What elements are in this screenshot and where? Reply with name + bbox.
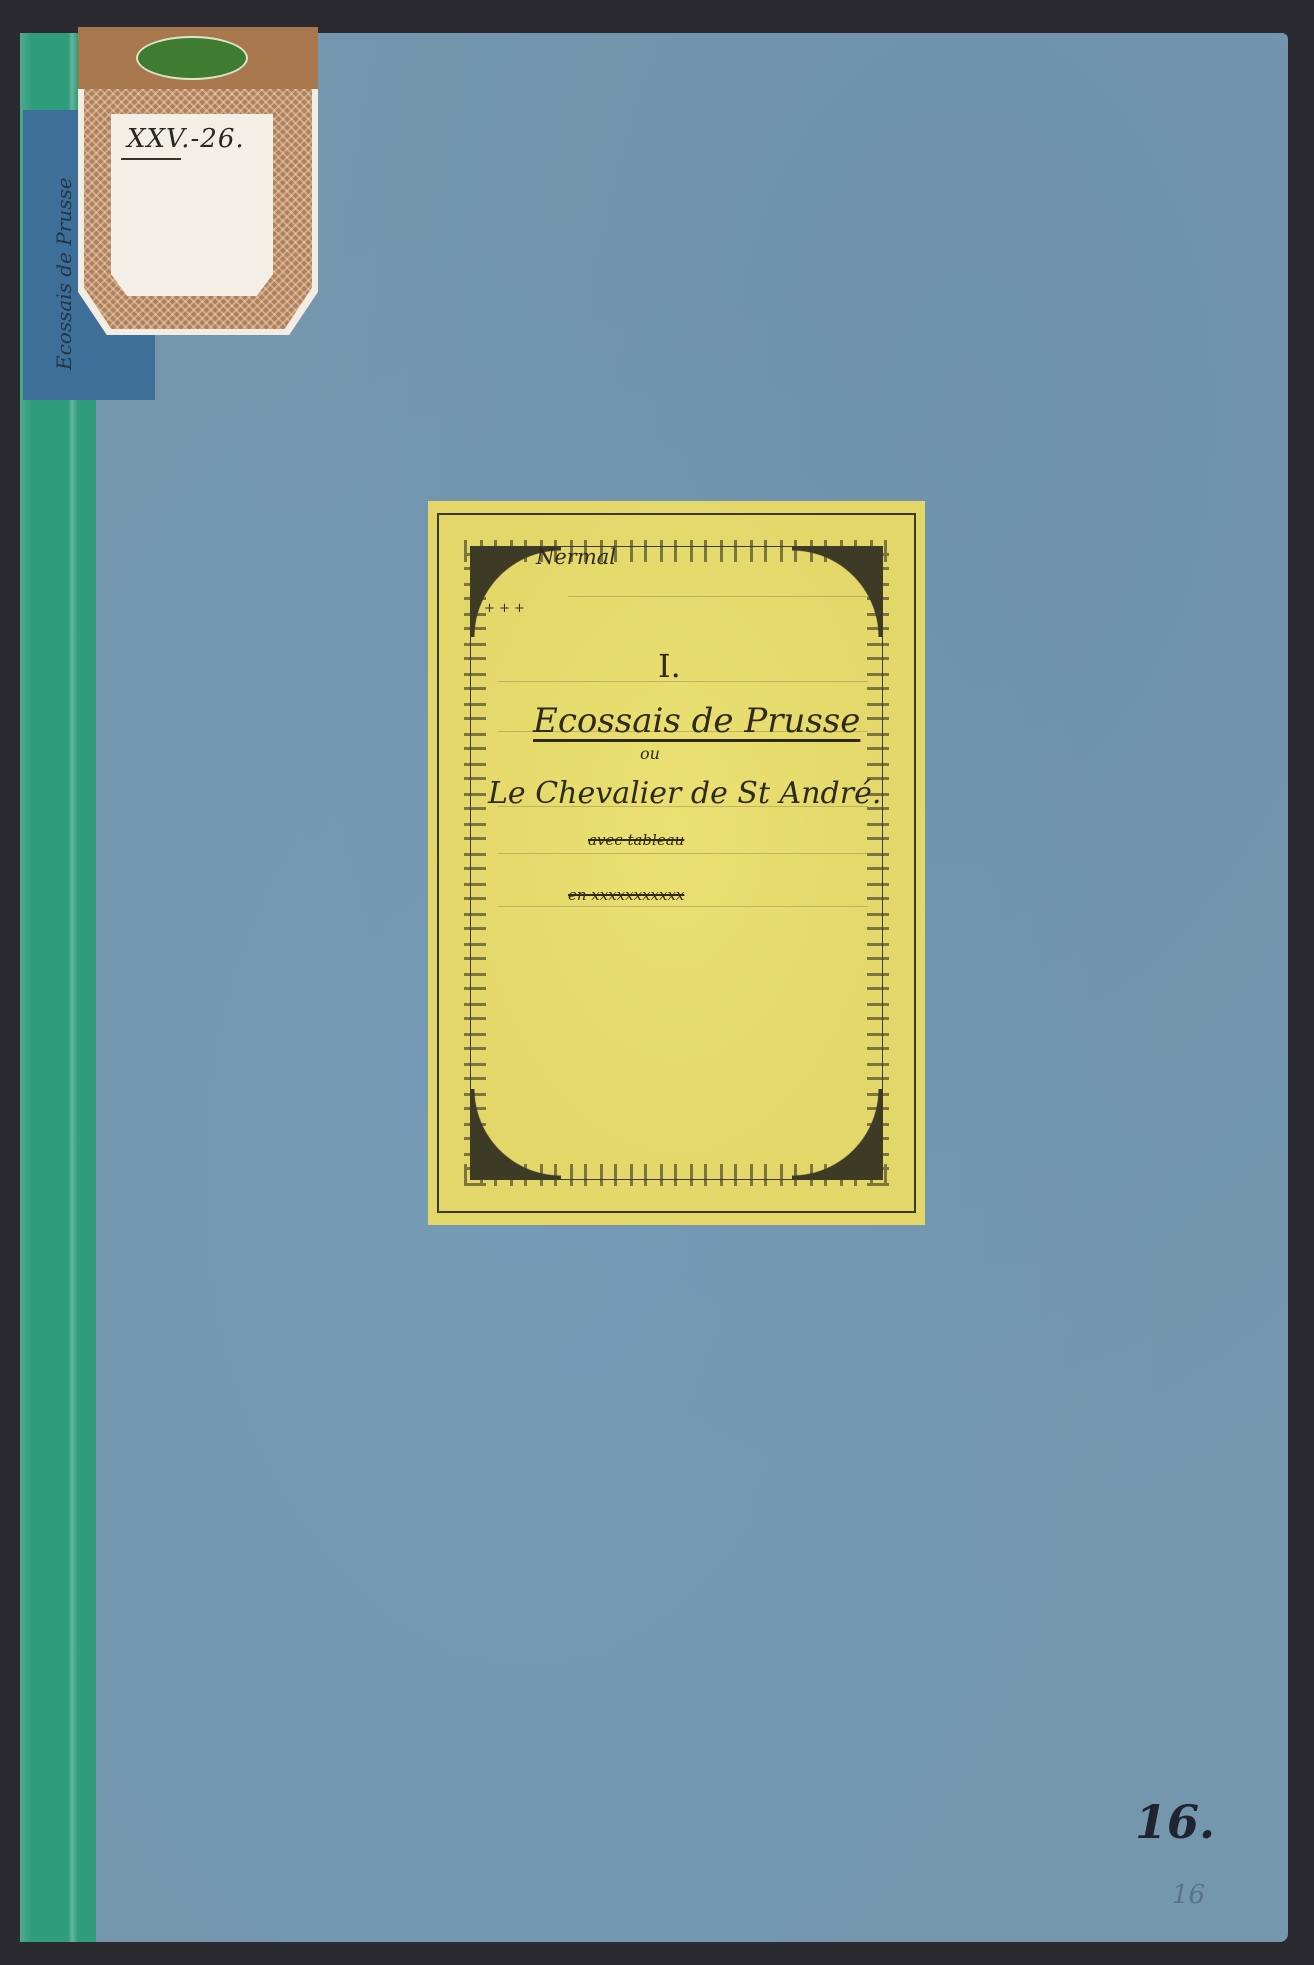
item-number: 16.	[1135, 1795, 1215, 1849]
shelf-label-panel: XXV.-26.	[111, 114, 273, 296]
corner-ornament-icon	[792, 547, 882, 637]
ruled-line	[498, 681, 868, 682]
struck-annotation: avec tableau	[588, 831, 684, 849]
ruled-line	[568, 596, 868, 597]
title-conjunction: ou	[640, 744, 660, 763]
shelf-number: XXV.-26.	[127, 124, 245, 154]
item-number-pencil: 16	[1172, 1880, 1205, 1910]
struck-annotation: en xxxxxxxxxxx	[568, 886, 684, 904]
title-label-inner-rule	[470, 546, 883, 1180]
shelf-label: XXV.-26.	[78, 27, 318, 335]
ruled-line	[498, 906, 868, 907]
green-oval-emblem	[136, 36, 248, 80]
corner-ornament-icon	[471, 1089, 561, 1179]
title-label: Nermal + + + I. Ecossais de Prusse ou Le…	[428, 501, 925, 1225]
owner-mark: Nermal	[536, 545, 616, 569]
shelf-number-underline	[121, 158, 181, 160]
small-mark: + + +	[484, 601, 525, 616]
volume-numeral: I.	[658, 647, 681, 685]
document-title: Ecossais de Prusse	[533, 701, 860, 741]
shelf-label-header	[78, 27, 318, 89]
spine-title: Ecossais de Prusse	[52, 177, 76, 370]
ruled-line	[498, 853, 868, 854]
document-subtitle: Le Chevalier de St André.	[488, 776, 881, 811]
corner-ornament-icon	[792, 1089, 882, 1179]
